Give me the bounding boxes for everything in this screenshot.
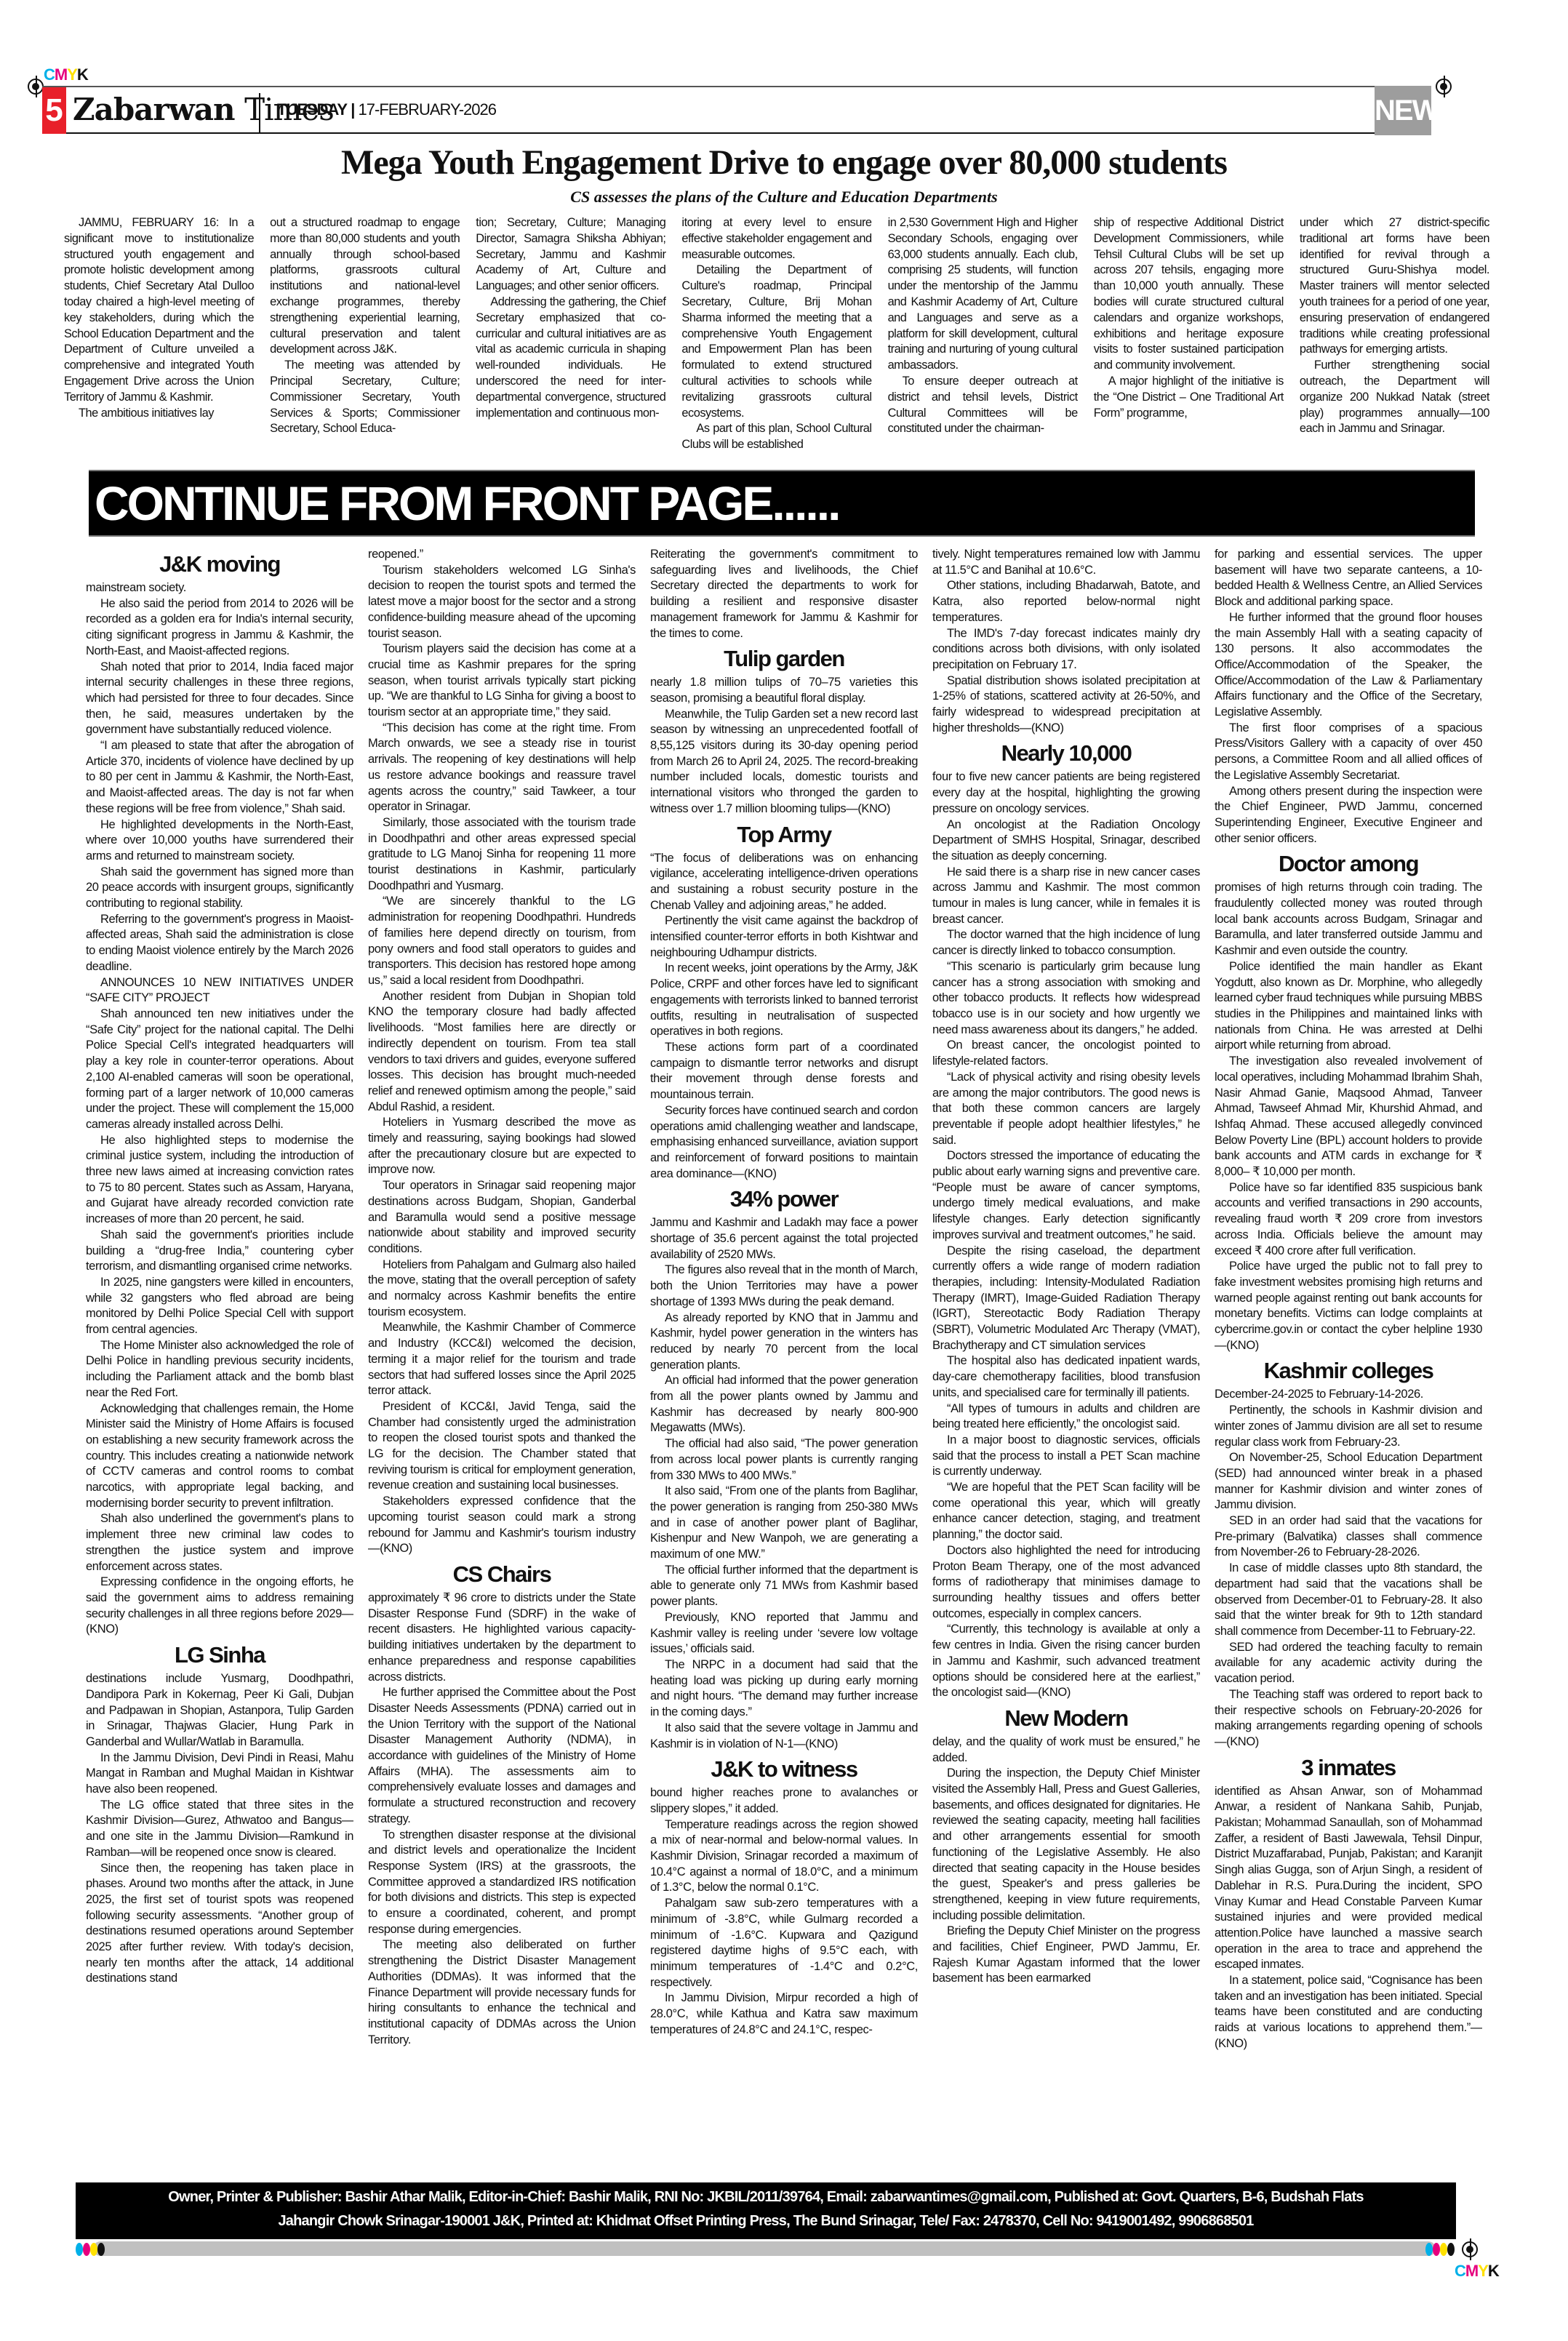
paragraph: promises of high returns through coin tr… bbox=[1215, 880, 1482, 959]
issue-date-value: 17-FEBRUARY-2026 bbox=[359, 100, 496, 119]
date-separator: | bbox=[351, 100, 354, 119]
paragraph: As already reported by KNO that in Jammu… bbox=[650, 1310, 918, 1374]
lead-column: ship of respective Additional District D… bbox=[1094, 215, 1284, 455]
paragraph: Shah said the government has signed more… bbox=[86, 865, 353, 912]
paragraph: Temperature readings across the region s… bbox=[650, 1817, 918, 1897]
paragraph: Shah also underlined the government's pl… bbox=[86, 1511, 353, 1574]
paragraph: The IMD's 7-day forecast indicates mainl… bbox=[932, 626, 1200, 673]
paragraph: Police have so far identified 835 suspic… bbox=[1215, 1180, 1482, 1260]
paragraph: approximately ₹ 96 crore to districts un… bbox=[368, 1590, 636, 1685]
paragraph: Previously, KNO reported that Jammu and … bbox=[650, 1610, 918, 1657]
paragraph: “We are hopeful that the PET Scan facili… bbox=[932, 1480, 1200, 1543]
issue-day: TUESDAY bbox=[277, 100, 347, 119]
paragraph: The meeting also deliberated on further … bbox=[368, 1937, 636, 2048]
section-heading: 34% power bbox=[650, 1185, 918, 1214]
masthead: 5 Zabarwan Times TUESDAY | 17-FEBRUARY-2… bbox=[42, 86, 1430, 134]
paragraph: The doctor warned that the high incidenc… bbox=[932, 927, 1200, 959]
continue-banner: CONTINUE FROM FRONT PAGE...... bbox=[89, 470, 1475, 537]
paragraph: The official further informed that the d… bbox=[650, 1563, 918, 1610]
paragraph: In Jammu Division, Mirpur recorded a hig… bbox=[650, 1990, 918, 2038]
registration-mark-icon bbox=[1436, 79, 1452, 95]
paragraph: Reiterating the government's commitment … bbox=[650, 547, 918, 641]
paragraph: Referring to the government's progress i… bbox=[86, 912, 353, 975]
paragraph: Expressing confidence in the ongoing eff… bbox=[86, 1574, 353, 1638]
paragraph: bound higher reaches prone to avalanches… bbox=[650, 1785, 918, 1817]
paragraph: Further strengthening social outreach, t… bbox=[1300, 358, 1489, 437]
cmyk-c: C bbox=[1455, 2262, 1465, 2280]
paragraph: These actions form part of a coordinated… bbox=[650, 1040, 918, 1103]
black-dot-icon bbox=[97, 2243, 105, 2256]
paragraph: In a major boost to diagnostic services,… bbox=[932, 1433, 1200, 1480]
paragraph: The ambitious initiatives lay bbox=[64, 406, 254, 422]
paragraph: Doctors stressed the importance of educa… bbox=[932, 1148, 1200, 1243]
lead-headline: Mega Youth Engagement Drive to engage ov… bbox=[0, 143, 1568, 183]
lead-column: under which 27 district-specific traditi… bbox=[1300, 215, 1489, 455]
paragraph: “Currently, this technology is available… bbox=[932, 1622, 1200, 1701]
paragraph: An official had informed that the power … bbox=[650, 1373, 918, 1436]
paragraph: tively. Night temperatures remained low … bbox=[932, 547, 1200, 578]
paragraph: Hoteliers from Pahalgam and Gulmarg also… bbox=[368, 1257, 636, 1321]
paragraph: Another resident from Dubjan in Shopian … bbox=[368, 989, 636, 1116]
section-heading: Nearly 10,000 bbox=[932, 739, 1200, 768]
paragraph: The meeting was attended by Principal Se… bbox=[270, 358, 460, 437]
paragraph: for parking and essential services. The … bbox=[1215, 547, 1482, 610]
paragraph: under which 27 district-specific traditi… bbox=[1300, 215, 1489, 358]
imprint-line-2: Jahangir Chowk Srinagar-190001 J&K, Prin… bbox=[76, 2209, 1456, 2233]
paragraph: Acknowledging that challenges remain, th… bbox=[86, 1401, 353, 1512]
paragraph: In the Jammu Division, Devi Pindi in Rea… bbox=[86, 1750, 353, 1798]
paragraph: delay, and the quality of work must be e… bbox=[932, 1734, 1200, 1766]
paragraph: A major highlight of the initiative is t… bbox=[1094, 374, 1284, 421]
paragraph: SED in an order had said that the vacati… bbox=[1215, 1513, 1482, 1561]
paragraph: destinations include Yusmarg, Doodhpathr… bbox=[86, 1671, 353, 1750]
paragraph: “We are sincerely thankful to the LG adm… bbox=[368, 894, 636, 988]
cmyk-label-top: CMYK bbox=[44, 65, 88, 84]
cmyk-y: Y bbox=[67, 65, 77, 84]
lead-column: out a structured roadmap to engage more … bbox=[270, 215, 460, 455]
paragraph: Jammu and Kashmir and Ladakh may face a … bbox=[650, 1215, 918, 1262]
paragraph: During the inspection, the Deputy Chief … bbox=[932, 1766, 1200, 1924]
registration-mark-icon bbox=[28, 79, 44, 95]
paragraph: Pahalgam saw sub-zero temperatures with … bbox=[650, 1896, 918, 1990]
continued-columns: J&K movingmainstream society.He also sai… bbox=[86, 547, 1482, 2176]
paragraph: reopened.” bbox=[368, 547, 636, 563]
section-heading: Top Army bbox=[650, 820, 918, 849]
yellow-dot-icon bbox=[90, 2243, 97, 2256]
lead-column: in 2,530 Government High and Higher Seco… bbox=[888, 215, 1078, 455]
paragraph: He highlighted developments in the North… bbox=[86, 817, 353, 865]
paragraph: itoring at every level to ensure effecti… bbox=[681, 215, 871, 263]
masthead-divider bbox=[259, 93, 260, 132]
issue-date: TUESDAY | 17-FEBRUARY-2026 bbox=[277, 100, 496, 119]
section-heading: Doctor among bbox=[1215, 849, 1482, 879]
cmyk-m: M bbox=[55, 65, 67, 84]
section-heading: Kashmir colleges bbox=[1215, 1356, 1482, 1385]
paragraph: The Home Minister also acknowledged the … bbox=[86, 1338, 353, 1401]
paragraph: To strengthen disaster response at the d… bbox=[368, 1828, 636, 1938]
paragraph: President of KCC&I, Javid Tenga, said th… bbox=[368, 1399, 636, 1494]
lead-column: tion; Secretary, Culture; Managing Direc… bbox=[476, 215, 665, 455]
paragraph: He also highlighted steps to modernise t… bbox=[86, 1133, 353, 1228]
imprint-footer: Owner, Printer & Publisher: Bashir Athar… bbox=[76, 2182, 1456, 2239]
paragraph: Stakeholders expressed confidence that t… bbox=[368, 1494, 636, 1557]
paragraph: It also said that the severe voltage in … bbox=[650, 1721, 918, 1752]
paragraph: Pertinently the visit came against the b… bbox=[650, 913, 918, 961]
paragraph: nearly 1.8 million tulips of 70–75 varie… bbox=[650, 675, 918, 706]
paragraph: Briefing the Deputy Chief Minister on th… bbox=[932, 1924, 1200, 1987]
paper-name-bold: Zabarwan bbox=[73, 92, 235, 127]
continued-column-2: reopened.”Tourism stakeholders welcomed … bbox=[368, 547, 636, 2176]
page-number: 5 bbox=[42, 87, 66, 134]
cmyk-c: C bbox=[44, 65, 55, 84]
paragraph: Meanwhile, the Kashmir Chamber of Commer… bbox=[368, 1320, 636, 1399]
section-heading: New Modern bbox=[932, 1704, 1200, 1733]
paragraph: Since then, the reopening has taken plac… bbox=[86, 1861, 353, 1988]
section-heading: 3 inmates bbox=[1215, 1753, 1482, 1782]
paragraph: The figures also reveal that in the mont… bbox=[650, 1262, 918, 1310]
paragraph: Doctors also highlighted the need for in… bbox=[932, 1543, 1200, 1622]
paragraph: out a structured roadmap to engage more … bbox=[270, 215, 460, 358]
section-tag: NEWS bbox=[1375, 86, 1431, 135]
paragraph: Shah noted that prior to 2014, India fac… bbox=[86, 660, 353, 739]
paragraph: Police identified the main handler as Ek… bbox=[1215, 959, 1482, 1054]
section-heading: J&K moving bbox=[86, 550, 353, 579]
paragraph: “I am pleased to state that after the ab… bbox=[86, 738, 353, 817]
cmyk-y: Y bbox=[1478, 2262, 1488, 2280]
paragraph: Addressing the gathering, the Chief Secr… bbox=[476, 295, 665, 421]
paragraph: On breast cancer, the oncologist pointed… bbox=[932, 1038, 1200, 1069]
paragraph: An oncologist at the Radiation Oncology … bbox=[932, 817, 1200, 865]
paragraph: The hospital also has dedicated inpatien… bbox=[932, 1353, 1200, 1401]
paragraph: On November-25, School Education Departm… bbox=[1215, 1450, 1482, 1513]
lead-column: itoring at every level to ensure effecti… bbox=[681, 215, 871, 455]
section-heading: LG Sinha bbox=[86, 1641, 353, 1670]
paragraph: Spatial distribution shows isolated prec… bbox=[932, 673, 1200, 737]
cyan-dot-icon bbox=[1425, 2243, 1433, 2256]
paragraph: “All types of tumours in adults and chil… bbox=[932, 1401, 1200, 1433]
paragraph: He said there is a sharp rise in new can… bbox=[932, 865, 1200, 928]
magenta-dot-icon bbox=[83, 2243, 90, 2256]
paragraph: He also said the period from 2014 to 202… bbox=[86, 596, 353, 660]
paragraph: “Lack of physical activity and rising ob… bbox=[932, 1070, 1200, 1149]
lead-subhead: CS assesses the plans of the Culture and… bbox=[0, 188, 1568, 207]
section-heading: CS Chairs bbox=[368, 1560, 636, 1589]
paragraph: The Teaching staff was ordered to report… bbox=[1215, 1687, 1482, 1750]
cmyk-k: K bbox=[77, 65, 88, 84]
continued-column-1: J&K movingmainstream society.He also sai… bbox=[86, 547, 353, 2176]
paragraph: He further apprised the Committee about … bbox=[368, 1685, 636, 1827]
paragraph: Shah announced ten new initiatives under… bbox=[86, 1007, 353, 1133]
paragraph: Pertinently, the schools in Kashmir divi… bbox=[1215, 1403, 1482, 1450]
lead-column: JAMMU, FEBRUARY 16: In a significant mov… bbox=[64, 215, 254, 455]
paragraph: Tour operators in Srinagar said reopenin… bbox=[368, 1178, 636, 1257]
paragraph: In a statement, police said, “Cognisance… bbox=[1215, 1973, 1482, 2052]
continued-column-3: Reiterating the government's commitment … bbox=[650, 547, 918, 2176]
paragraph: SED had ordered the teaching faculty to … bbox=[1215, 1640, 1482, 1687]
paragraph: In 2025, nine gangsters were killed in e… bbox=[86, 1275, 353, 1338]
paragraph: It also said, “From one of the plants fr… bbox=[650, 1484, 918, 1563]
imprint-line-1: Owner, Printer & Publisher: Bashir Athar… bbox=[76, 2185, 1456, 2209]
cmyk-m: M bbox=[1465, 2262, 1478, 2280]
paragraph: December-24-2025 to February-14-2026. bbox=[1215, 1387, 1482, 1403]
paragraph: JAMMU, FEBRUARY 16: In a significant mov… bbox=[64, 215, 254, 406]
paragraph: “The focus of deliberations was on enhan… bbox=[650, 851, 918, 914]
paragraph: in 2,530 Government High and Higher Seco… bbox=[888, 215, 1078, 374]
cyan-dot-icon bbox=[76, 2243, 83, 2256]
continued-column-5: for parking and essential services. The … bbox=[1215, 547, 1482, 2176]
paragraph: The first floor comprises of a spacious … bbox=[1215, 721, 1482, 784]
paragraph: The LG office stated that three sites in… bbox=[86, 1798, 353, 1861]
paragraph: Hoteliers in Yusmarg described the move … bbox=[368, 1115, 636, 1178]
paragraph: Tourism stakeholders welcomed LG Sinha's… bbox=[368, 563, 636, 642]
paragraph: The official had also said, “The power g… bbox=[650, 1436, 918, 1484]
paragraph: In recent weeks, joint operations by the… bbox=[650, 961, 918, 1040]
paragraph: Tourism players said the decision has co… bbox=[368, 641, 636, 721]
registration-mark-icon bbox=[1462, 2241, 1478, 2257]
paragraph: Other stations, including Bhadarwah, Bat… bbox=[932, 578, 1200, 625]
paragraph: The investigation also revealed involvem… bbox=[1215, 1054, 1482, 1180]
paragraph: Security forces have continued search an… bbox=[650, 1103, 918, 1182]
paragraph: “This scenario is particularly grim beca… bbox=[932, 959, 1200, 1039]
paragraph: identified as Ahsan Anwar, son of Mohamm… bbox=[1215, 1784, 1482, 1973]
cmyk-k: K bbox=[1488, 2262, 1499, 2280]
paragraph: The NRPC in a document had said that the… bbox=[650, 1657, 918, 1721]
paragraph: As part of this plan, School Cultural Cl… bbox=[681, 421, 871, 453]
paragraph: To ensure deeper outreach at district an… bbox=[888, 374, 1078, 437]
paragraph: He further informed that the ground floo… bbox=[1215, 610, 1482, 721]
black-dot-icon bbox=[1447, 2243, 1455, 2256]
paragraph: ship of respective Additional District D… bbox=[1094, 215, 1284, 374]
section-heading: J&K to witness bbox=[650, 1755, 918, 1784]
section-heading: Tulip garden bbox=[650, 644, 918, 673]
paragraph: Among others present during the inspecti… bbox=[1215, 784, 1482, 847]
continued-column-4: tively. Night temperatures remained low … bbox=[932, 547, 1200, 2176]
paragraph: four to five new cancer patients are bei… bbox=[932, 769, 1200, 817]
yellow-dot-icon bbox=[1440, 2243, 1447, 2256]
paragraph: Despite the rising caseload, the departm… bbox=[932, 1244, 1200, 1354]
banner-text: CONTINUE FROM FRONT PAGE...... bbox=[95, 476, 839, 531]
cmyk-label-bottom: CMYK bbox=[1455, 2262, 1499, 2281]
paragraph: Shah said the government's priorities in… bbox=[86, 1228, 353, 1275]
paragraph: Similarly, those associated with the tou… bbox=[368, 815, 636, 895]
paragraph: Police have urged the public not to fall… bbox=[1215, 1259, 1482, 1353]
lead-story-columns: JAMMU, FEBRUARY 16: In a significant mov… bbox=[64, 215, 1489, 455]
paragraph: In case of middle classes upto 8th stand… bbox=[1215, 1561, 1482, 1640]
registration-gray-bar bbox=[93, 2241, 1436, 2256]
magenta-dot-icon bbox=[1433, 2243, 1440, 2256]
paragraph: ANNOUNCES 10 NEW INITIATIVES UNDER “SAFE… bbox=[86, 975, 353, 1007]
paragraph: tion; Secretary, Culture; Managing Direc… bbox=[476, 215, 665, 295]
paragraph: mainstream society. bbox=[86, 580, 353, 596]
paragraph: Detailing the Department of Culture's ro… bbox=[681, 263, 871, 421]
paragraph: “This decision has come at the right tim… bbox=[368, 721, 636, 815]
paragraph: Meanwhile, the Tulip Garden set a new re… bbox=[650, 707, 918, 817]
